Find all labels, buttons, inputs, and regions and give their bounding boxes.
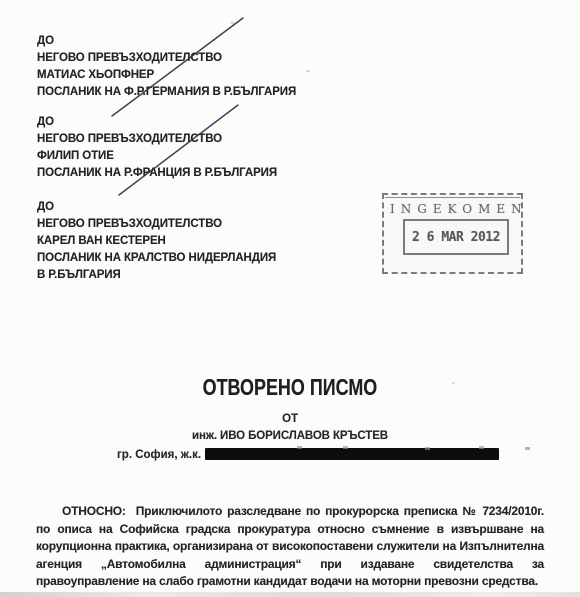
recipient-block-germany: ДО НЕГОВО ПРЕВЪЗХОДИТЕЛСТВО МАТИАС ХЬОПФ… <box>37 33 296 101</box>
address-line: гр. София, ж.к. <box>117 448 499 464</box>
recipient-line: НЕГОВО ПРЕВЪЗХОДИТЕЛСТВО <box>37 50 296 67</box>
recipient-line: ПОСЛАНИК НА Р.ФРАНЦИЯ В Р.БЪЛГАРИЯ <box>37 165 277 182</box>
redaction-bar <box>205 448 499 460</box>
stamp-date: 2 6 MAR 2012 <box>412 230 500 245</box>
subject-paragraph: ОТНОСНО: Приключилото разследване по про… <box>36 503 544 591</box>
recipient-block-netherlands: ДО НЕГОВО ПРЕВЪЗХОДИТЕЛСТВО КАРЕЛ ВАН КЕ… <box>37 199 276 284</box>
recipient-line: НЕГОВО ПРЕВЪЗХОДИТЕЛСТВО <box>37 216 276 233</box>
recipient-line: ПОСЛАНИК НА Ф.Р.ГЕРМАНИЯ В Р.БЪЛГАРИЯ <box>37 84 296 101</box>
received-stamp: INGEKOMEN 2 6 MAR 2012 <box>382 193 523 274</box>
recipient-to-label: ДО <box>37 199 276 216</box>
scan-speck <box>306 70 310 72</box>
recipient-line: НЕГОВО ПРЕВЪЗХОДИТЕЛСТВО <box>37 131 277 148</box>
letter-title-text: ОТВОРЕНО ПИСМО <box>203 374 378 401</box>
stamp-header-text: INGEKOMEN <box>384 202 521 216</box>
recipient-line: МАТИАС ХЬОПФНЕР <box>37 67 296 84</box>
recipient-line: ФИЛИП ОТИЕ <box>37 148 277 165</box>
recipient-line: КАРЕЛ ВАН КЕСТЕРЕН <box>37 233 276 250</box>
recipient-to-label: ДО <box>37 33 296 50</box>
recipient-to-label: ДО <box>37 114 277 131</box>
recipient-line: В Р.БЪЛГАРИЯ <box>37 267 276 284</box>
address-prefix: гр. София, ж.к. <box>117 449 201 461</box>
stamp-date-box: 2 6 MAR 2012 <box>403 219 509 255</box>
stamp-double-border-line <box>385 197 520 198</box>
scan-speck <box>230 21 235 25</box>
letter-title: ОТВОРЕНО ПИСМО <box>0 374 580 401</box>
from-label: ОТ <box>0 413 580 425</box>
scan-bottom-edge <box>0 592 580 597</box>
recipient-block-france: ДО НЕГОВО ПРЕВЪЗХОДИТЕЛСТВО ФИЛИП ОТИЕ П… <box>37 114 277 182</box>
recipient-line: ПОСЛАНИК НА КРАЛСТВО НИДЕРЛАНДИЯ <box>37 250 276 267</box>
author-name: инж. ИВО БОРИСЛАВОВ КРЪСТЕВ <box>0 430 580 442</box>
scanned-letter-page: ДО НЕГОВО ПРЕВЪЗХОДИТЕЛСТВО МАТИАС ХЬОПФ… <box>0 0 580 597</box>
subject-label: ОТНОСНО: <box>62 504 126 518</box>
scan-speck <box>452 382 455 384</box>
